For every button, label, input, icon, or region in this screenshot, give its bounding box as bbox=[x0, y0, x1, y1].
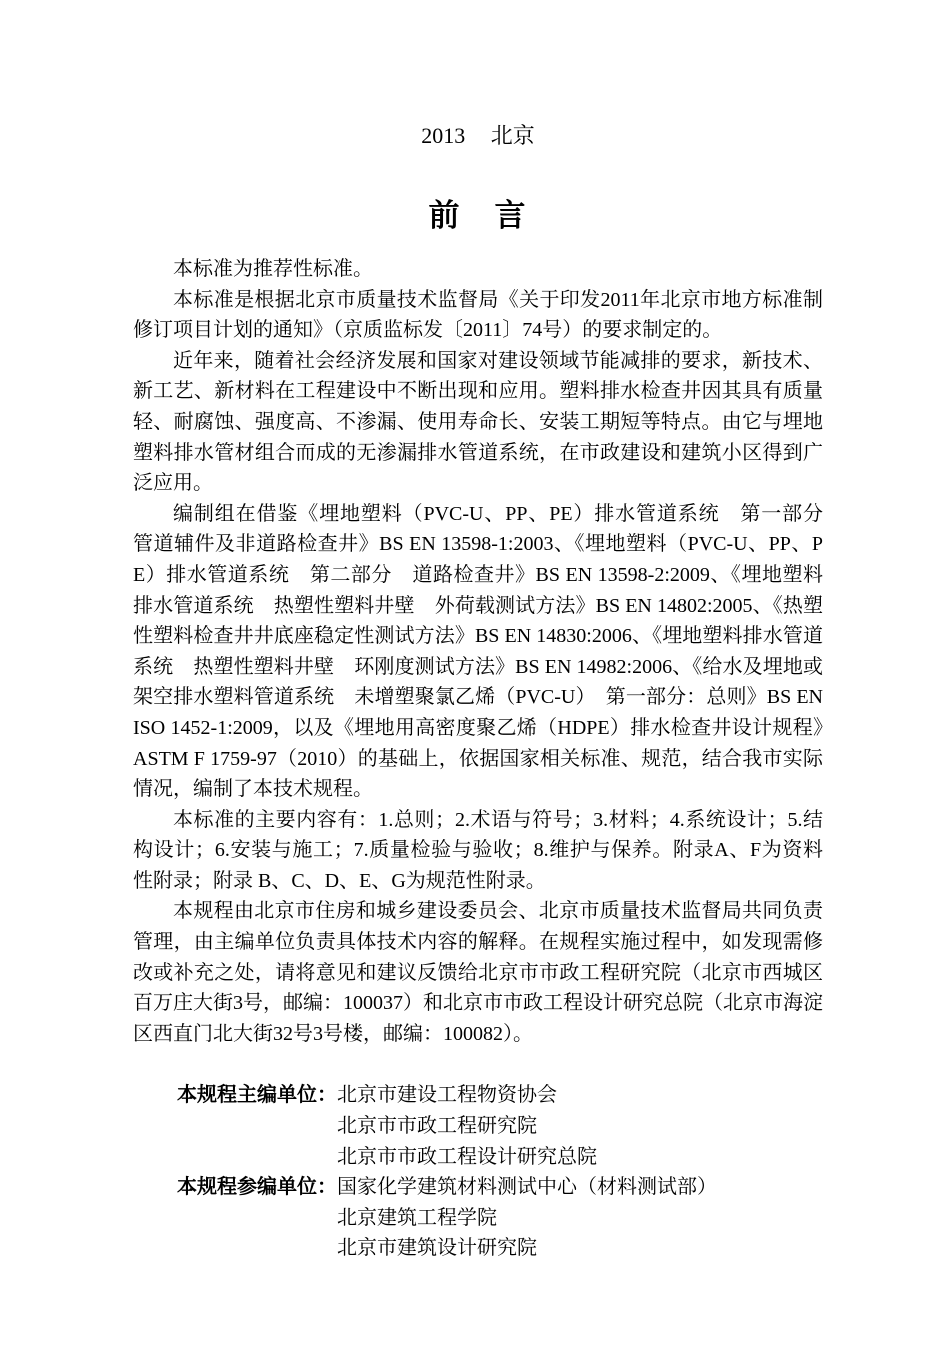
page-content: 2013 北京 前 言 本标准为推荐性标准。 本标准是根据北京市质量技术监督局《… bbox=[133, 122, 823, 1264]
participating-editor-units: 国家化学建筑材料测试中心（材料测试部） 北京建筑工程学院 北京市建筑设计研究院 bbox=[337, 1172, 823, 1264]
unit-item: 北京市市政工程设计研究总院 bbox=[337, 1142, 823, 1173]
edition-city: 北京 bbox=[491, 123, 535, 148]
foreword-paragraph: 本规程由北京市住房和城乡建设委员会、北京市质量技术监督局共同负责管理，由主编单位… bbox=[133, 896, 823, 1049]
foreword-paragraph: 本标准是根据北京市质量技术监督局《关于印发2011年北京市地方标准制修订项目计划… bbox=[133, 285, 823, 346]
page-title: 前 言 bbox=[133, 198, 823, 234]
editing-units-section: 本规程主编单位： 北京市建设工程物资协会 北京市市政工程研究院 北京市市政工程设… bbox=[133, 1080, 823, 1264]
participating-editor-label: 本规程参编单位： bbox=[177, 1172, 337, 1203]
foreword-paragraph: 本标准为推荐性标准。 bbox=[133, 254, 823, 285]
unit-item: 北京市市政工程研究院 bbox=[337, 1111, 823, 1142]
foreword-paragraph: 近年来，随着社会经济发展和国家对建设领域节能减排的要求，新技术、新工艺、新材料在… bbox=[133, 346, 823, 499]
edition-year: 2013 bbox=[421, 123, 465, 148]
foreword-paragraph: 编制组在借鉴《埋地塑料（PVC-U、PP、PE）排水管道系统 第一部分 管道辅件… bbox=[133, 499, 823, 805]
unit-item: 北京市建筑设计研究院 bbox=[337, 1233, 823, 1264]
unit-item: 国家化学建筑材料测试中心（材料测试部） bbox=[337, 1172, 823, 1203]
chief-editor-label: 本规程主编单位： bbox=[177, 1080, 337, 1111]
unit-item: 北京建筑工程学院 bbox=[337, 1203, 823, 1234]
participating-editor-row: 本规程参编单位： 国家化学建筑材料测试中心（材料测试部） 北京建筑工程学院 北京… bbox=[133, 1172, 823, 1264]
chief-editor-units: 北京市建设工程物资协会 北京市市政工程研究院 北京市市政工程设计研究总院 bbox=[337, 1080, 823, 1172]
chief-editor-row: 本规程主编单位： 北京市建设工程物资协会 北京市市政工程研究院 北京市市政工程设… bbox=[133, 1080, 823, 1172]
unit-item: 北京市建设工程物资协会 bbox=[337, 1080, 823, 1111]
document-page: 2013 北京 前 言 本标准为推荐性标准。 本标准是根据北京市质量技术监督局《… bbox=[0, 0, 950, 1345]
foreword-paragraph: 本标准的主要内容有：1.总则；2.术语与符号；3.材料；4.系统设计；5.结构设… bbox=[133, 805, 823, 897]
edition-line: 2013 北京 bbox=[133, 122, 823, 150]
